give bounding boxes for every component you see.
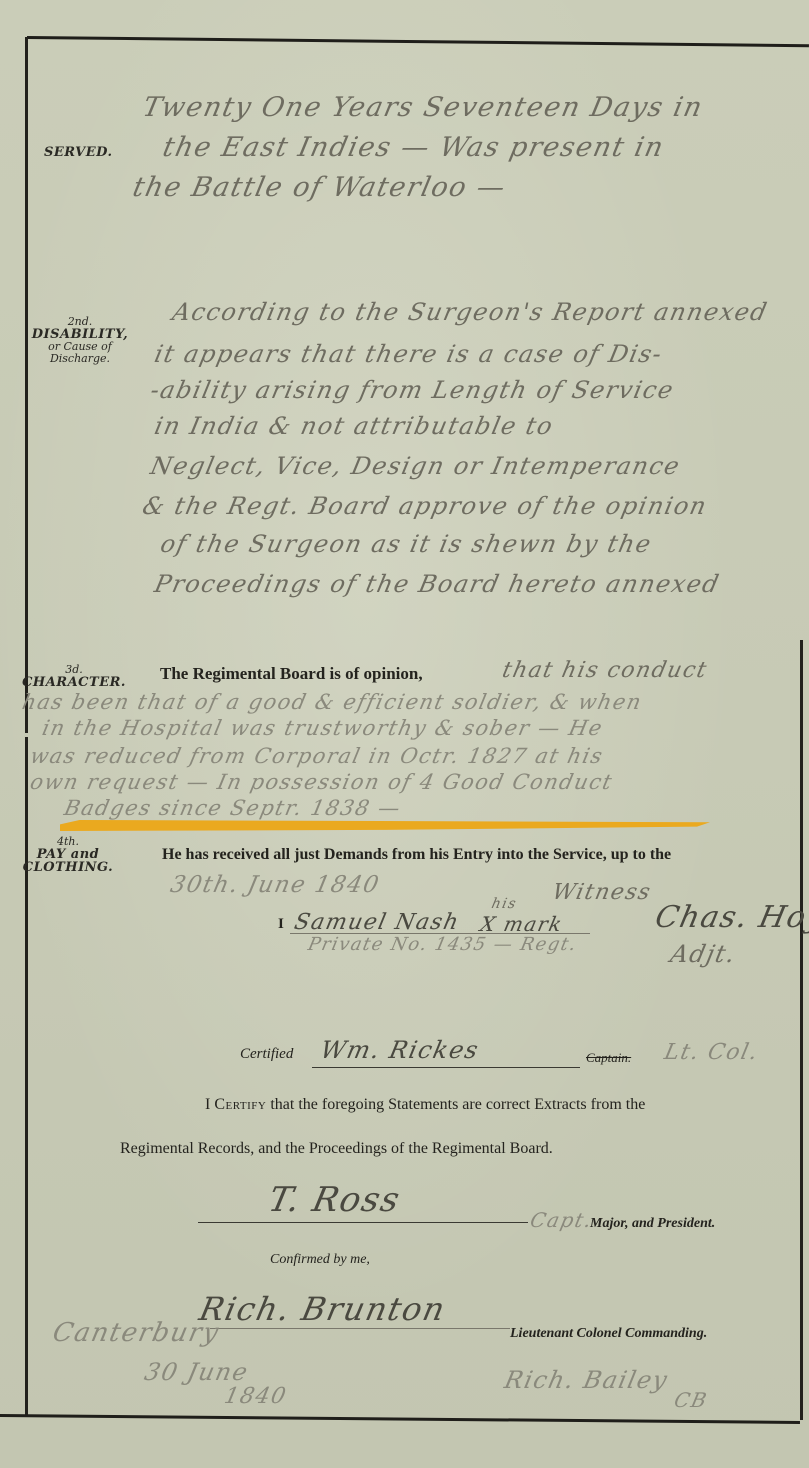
character-entry-line-5: Badges since Septr. 1838 — [62,796,404,820]
disability-label-sub2: Discharge. [18,353,142,365]
character-label: 3d. CHARACTER. [14,664,134,689]
form-border-left [25,37,28,1417]
certified-signature: Wm. Rickes [318,1036,482,1064]
disability-entry-line-8: Proceedings of the Board hereto annexed [152,570,723,598]
commander-signature-line [210,1328,510,1329]
certify-statement-line-1: I Certify that the foregoing Statements … [205,1096,645,1114]
character-label-number: 3d. [14,664,134,676]
character-entry-line-1: has been that of a good & efficient sold… [20,690,645,714]
served-label: SERVED. [44,146,112,160]
disability-label-sub1: or Cause of [18,341,142,353]
printed-I: I [278,916,284,933]
disability-entry-line-1: According to the Surgeon's Report annexe… [170,298,770,326]
certify-statement-rest: that the foregoing Statements are correc… [270,1096,645,1113]
signing-date-line-1: 30 June [142,1358,251,1386]
president-signature-line [198,1222,528,1223]
disability-label-number: 2nd. [18,316,142,328]
certified-signature-line [312,1067,580,1068]
character-entry-first: that his conduct [500,658,710,683]
pay-label-number: 4th. [8,836,128,848]
bottom-signature: Rich. Bailey [502,1366,671,1394]
certified-label: Certified [240,1046,293,1063]
character-printed-text: The Regimental Board is of opinion, [160,664,423,684]
witness-signature: Chas. Hoyle [652,900,809,935]
served-entry-line-1: Twenty One Years Seventeen Days in [140,92,706,123]
commander-signature: Rich. Brunton [196,1290,450,1328]
disability-entry-line-4: in India & not attributable to [152,412,556,440]
bottom-initials: CB [672,1388,710,1412]
disability-entry-line-6: & the Regt. Board approve of the opinion [140,492,710,520]
character-label-main: CHARACTER. [14,676,134,690]
his-text: his [490,896,519,912]
pay-entry-date: 30th. June 1840 [168,872,382,898]
pay-label: 4th. PAY and CLOTHING. [8,836,128,875]
disability-entry-line-5: Neglect, Vice, Design or Intemperance [148,452,683,480]
witness-label: Witness [550,880,654,905]
served-entry-line-2: the East Indies — Was present in [160,132,667,163]
form-border-break [24,733,30,737]
president-label: Major, and President. [590,1216,715,1232]
certify-statement-line-2: Regimental Records, and the Proceedings … [120,1140,553,1158]
disability-label: 2nd. DISABILITY, or Cause of Discharge. [18,316,142,364]
disability-entry-line-2: it appears that there is a case of Dis- [152,340,665,368]
signing-date-line-2: 1840 [222,1384,289,1409]
certify-word: Certify [214,1096,266,1113]
character-entry-line-2: in the Hospital was trustworthy & sober … [40,716,605,740]
captain-label: Captain. [586,1050,631,1066]
disability-entry-line-7: of the Surgeon as it is shewn by the [158,530,655,558]
form-border-right [800,640,803,1420]
witness-title: Adjt. [668,940,739,968]
pay-label-main2: CLOTHING. [8,861,128,875]
certify-I: I [205,1096,210,1113]
captain-annotation: Lt. Col. [662,1040,761,1065]
soldier-signature: Samuel Nash [292,910,462,935]
commander-label: Lieutenant Colonel Commanding. [510,1326,707,1342]
confirmed-label: Confirmed by me, [270,1252,370,1268]
character-entry-line-4: own request — In possession of 4 Good Co… [28,770,615,794]
served-entry-line-3: the Battle of Waterloo — [130,172,509,203]
served-label-text: SERVED. [44,146,112,160]
soldier-rank-line: Private No. 1435 — Regt. [306,934,579,955]
pay-printed-text: He has received all just Demands from hi… [162,846,671,864]
president-annotation: Capt. [528,1208,595,1232]
president-signature: T. Ross [265,1180,404,1220]
character-entry-line-3: was reduced from Corporal in Octr. 1827 … [28,744,606,768]
disability-label-main: DISABILITY, [18,328,142,342]
disability-entry-line-3: -ability arising from Length of Service [148,376,677,404]
place-of-signing: Canterbury [50,1318,222,1348]
pay-label-main1: PAY and [8,848,128,862]
